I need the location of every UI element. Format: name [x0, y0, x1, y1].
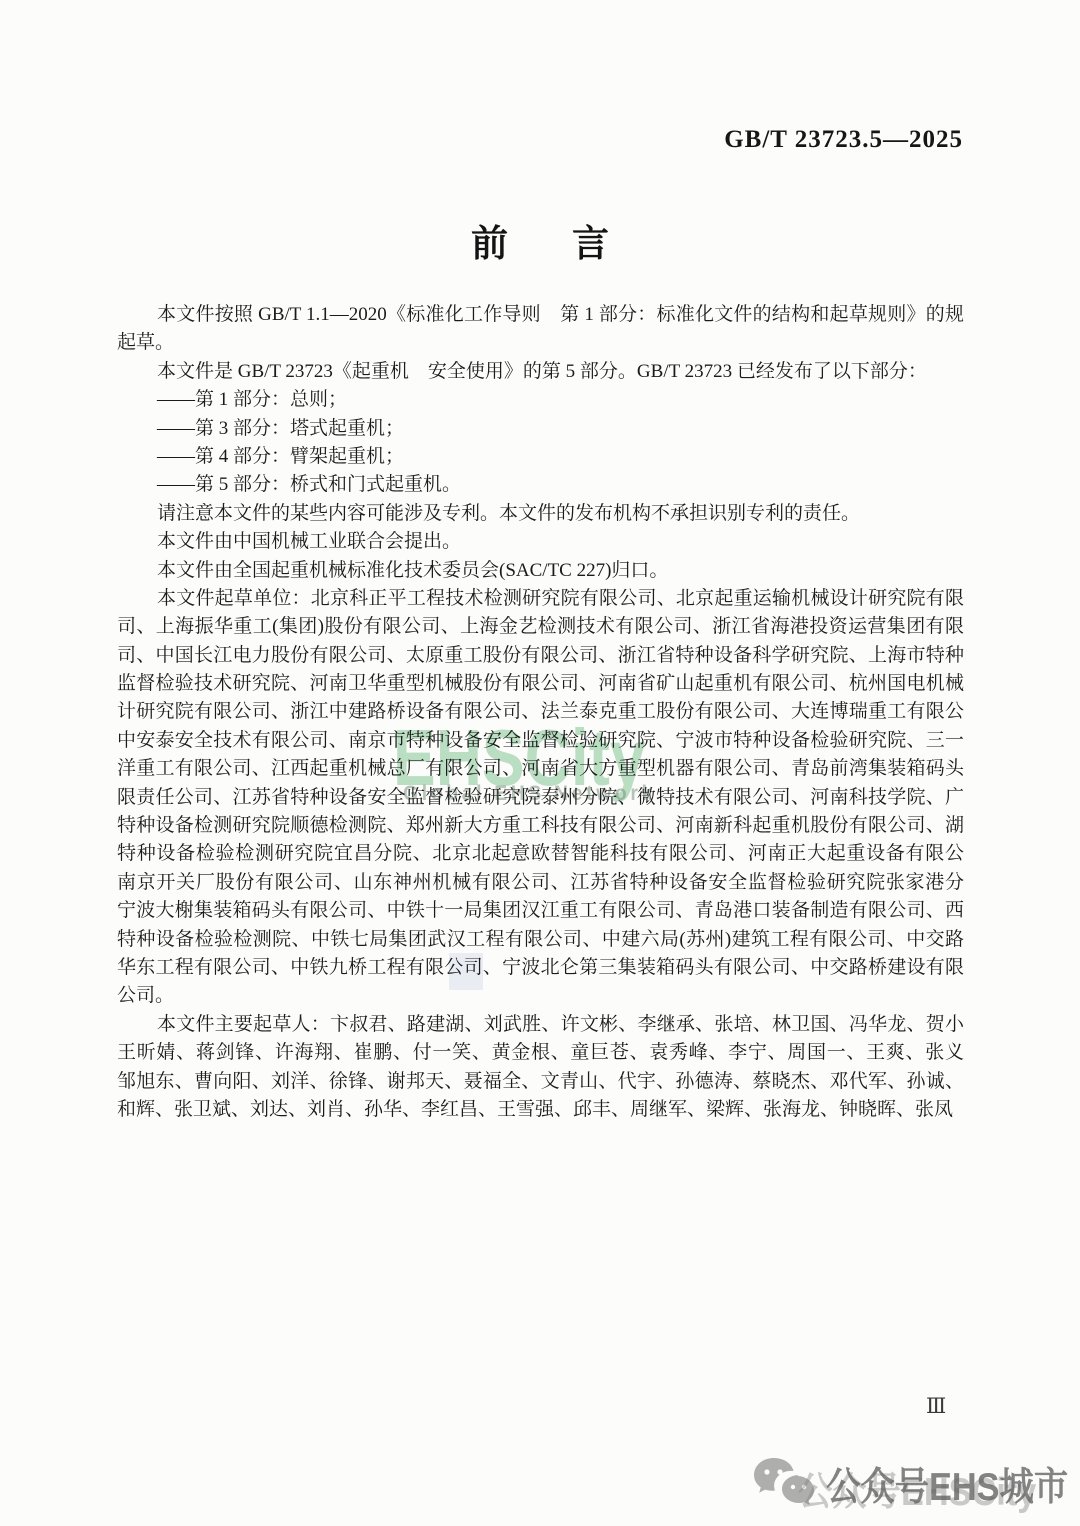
text-line: 邹旭东、曹向阳、刘洋、徐锋、谢邦天、聂福全、文青山、代宇、孙德涛、蔡晓杰、邓代军…: [117, 1068, 964, 1096]
text-line: ——第 3 部分：塔式起重机；: [117, 415, 964, 443]
text-line: 本文件起草单位：北京科正平工程技术检测研究院有限公司、北京起重运输机械设计研究院…: [117, 585, 964, 613]
text-line: 南京开关厂股份有限公司、山东神州机械有限公司、江苏省特种设备安全监督检验研究院张…: [117, 869, 964, 897]
text-line: 洋重工有限公司、江西起重机械总厂有限公司、河南省大方重型机器有限公司、青岛前湾集…: [117, 755, 964, 783]
text-line: ——第 4 部分：臂架起重机；: [117, 443, 964, 471]
text-line: 特种设备检验检测研究院宜昌分院、北京北起意欧替智能科技有限公司、河南正大起重设备…: [117, 840, 964, 868]
text-line: 本文件由全国起重机械标准化技术委员会(SAC/TC 227)归口。: [117, 557, 964, 585]
text-line: 请注意本文件的某些内容可能涉及专利。本文件的发布机构不承担识别专利的责任。: [117, 500, 964, 528]
page-title: 前言: [0, 213, 1080, 267]
text-line: 宁波大榭集装箱码头有限公司、中铁十一局集团汉江重工有限公司、青岛港口装备制造有限…: [117, 897, 964, 925]
wechat-watermark-text: 公众号EHS城市: [826, 1456, 1068, 1512]
title-char: 言: [572, 224, 609, 265]
text-line: ——第 5 部分：桥式和门式起重机。: [117, 471, 964, 499]
text-line: 和辉、张卫斌、刘达、刘肖、孙华、李红昌、王雪强、邱丰、周继军、梁辉、张海龙、钟晓…: [117, 1096, 964, 1124]
text-line: 限责任公司、江苏省特种设备安全监督检验研究院泰州分院、微特技术有限公司、河南科技…: [117, 784, 964, 812]
title-char: 前: [471, 224, 508, 265]
text-line: 中安泰安全技术有限公司、南京市特种设备安全监督检验研究院、宁波市特种设备检验研究…: [117, 727, 964, 755]
wechat-watermark: 公众号EHSCity 公众号EHS城市: [752, 1448, 1072, 1518]
text-line: 本文件由中国机械工业联合会提出。: [117, 528, 964, 556]
text-line: 王昕婧、蒋剑锋、许海翔、崔鹏、付一笑、黄金根、童巨苍、袁秀峰、李宁、周国一、王爽…: [117, 1039, 964, 1067]
text-line: 特种设备检验检测院、中铁七局集团武汉工程有限公司、中建六局(苏州)建筑工程有限公…: [117, 926, 964, 954]
text-line: 司、中国长江电力股份有限公司、太原重工股份有限公司、浙江省特种设备科学研究院、上…: [117, 642, 964, 670]
text-line: 本文件主要起草人：卞叔君、路建湖、刘武胜、许文彬、李继承、张培、林卫国、冯华龙、…: [117, 1011, 964, 1039]
text-line: 特种设备检测研究院顺德检测院、郑州新大方重工科技有限公司、河南新科起重机股份有限…: [117, 812, 964, 840]
text-line: 计研究院有限公司、浙江中建路桥设备有限公司、法兰泰克重工股份有限公司、大连博瑞重…: [117, 698, 964, 726]
text-line: 司、上海振华重工(集团)股份有限公司、上海金艺检测技术有限公司、浙江省海港投资运…: [117, 613, 964, 641]
text-line: ——第 1 部分：总则；: [117, 386, 964, 414]
document-page: GB/T 23723.5—2025 前言 本文件按照 GB/T 1.1—2020…: [0, 0, 1080, 1526]
foreword-text: 本文件按照 GB/T 1.1—2020《标准化工作导则 第 1 部分：标准化文件…: [117, 301, 964, 1124]
text-line: 本文件是 GB/T 23723《起重机 安全使用》的第 5 部分。GB/T 23…: [117, 358, 964, 386]
text-line: 起草。: [117, 329, 964, 357]
text-line: 监督检验技术研究院、河南卫华重型机械股份有限公司、河南省矿山起重机有限公司、杭州…: [117, 670, 964, 698]
standard-number: GB/T 23723.5—2025: [724, 126, 963, 154]
text-line: 华东工程有限公司、中铁九桥工程有限公司、宁波北仑第三集装箱码头有限公司、中交路桥…: [117, 954, 964, 982]
text-line: 本文件按照 GB/T 1.1—2020《标准化工作导则 第 1 部分：标准化文件…: [117, 301, 964, 329]
page-number: Ⅲ: [926, 1394, 947, 1419]
text-line: 公司。: [117, 982, 964, 1010]
